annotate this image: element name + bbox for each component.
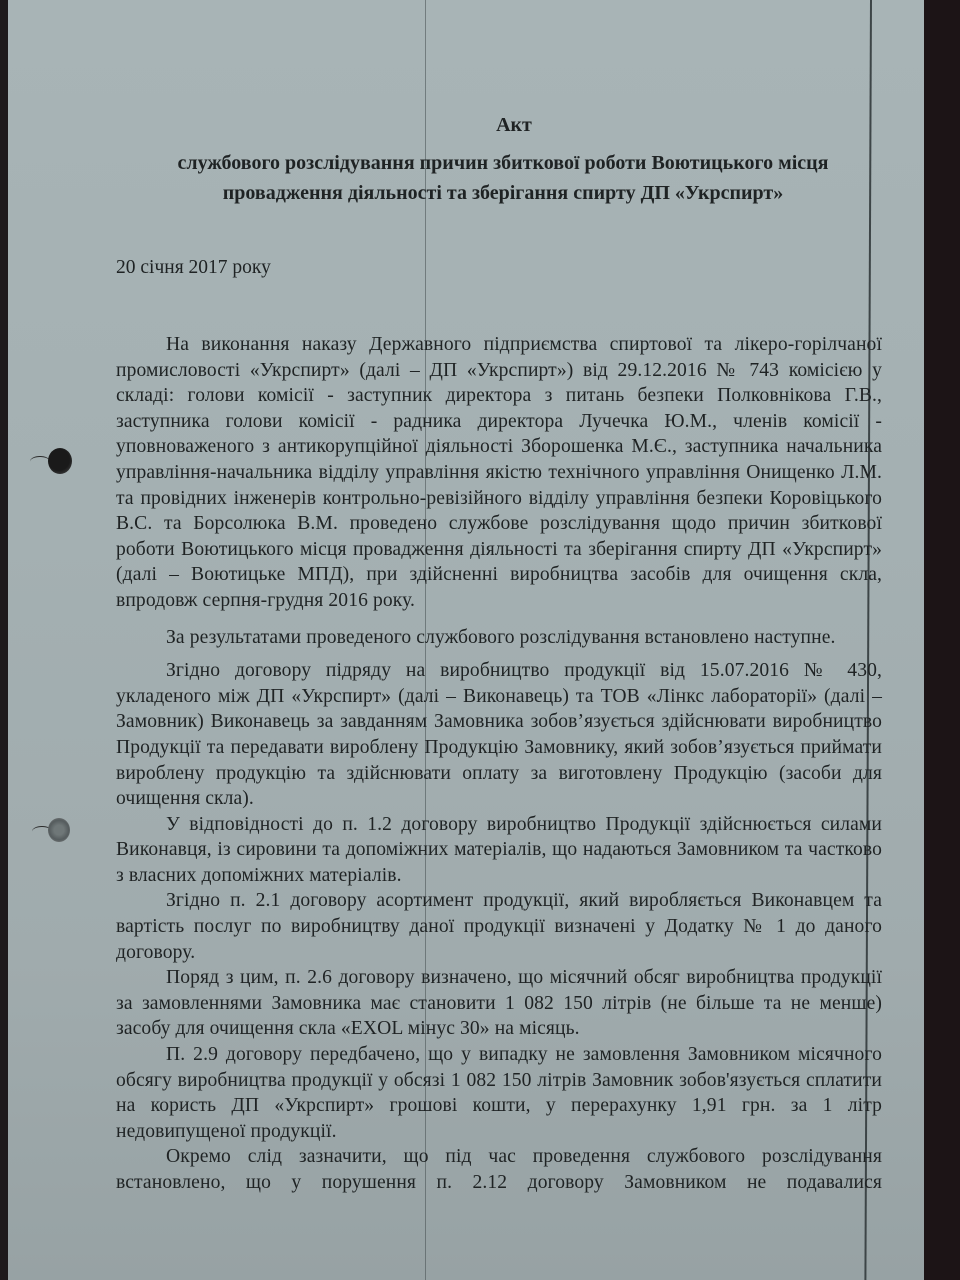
document-title: Акт [116,110,882,140]
subtitle-line: службового розслідування причин збитково… [124,148,882,178]
paragraph-clause-1-2: У відповідності до п. 1.2 договору вироб… [116,812,882,889]
hole-punch-curl-icon [30,456,50,467]
document-date: 20 січня 2017 року [116,256,882,280]
paragraph-results: За результатами проведеного службового р… [116,625,882,651]
scan-right-edge [924,0,960,1280]
paragraph-contract: Згідно договору підряду на виробництво п… [116,658,882,812]
punch-hole-icon [48,448,72,474]
document-body: Акт службового розслідування причин збит… [116,110,882,1196]
paragraph-clause-2-12: Окремо слід зазначити, що під час провед… [116,1144,882,1195]
paragraph-clause-2-1: Згідно п. 2.1 договору асортимент продук… [116,888,882,965]
subtitle-line: провадження діяльності та зберігання спи… [124,178,882,208]
paragraph-clause-2-9: П. 2.9 договору передбачено, що у випадк… [116,1042,882,1144]
paragraph-clause-2-6: Поряд з цим, п. 2.6 договору визначено, … [116,965,882,1042]
document-subtitle: службового розслідування причин збитково… [116,148,882,208]
punch-hole-icon [48,818,70,842]
paragraph-commission: На виконання наказу Державного підприємс… [116,332,882,614]
scan-left-edge [0,0,8,1280]
